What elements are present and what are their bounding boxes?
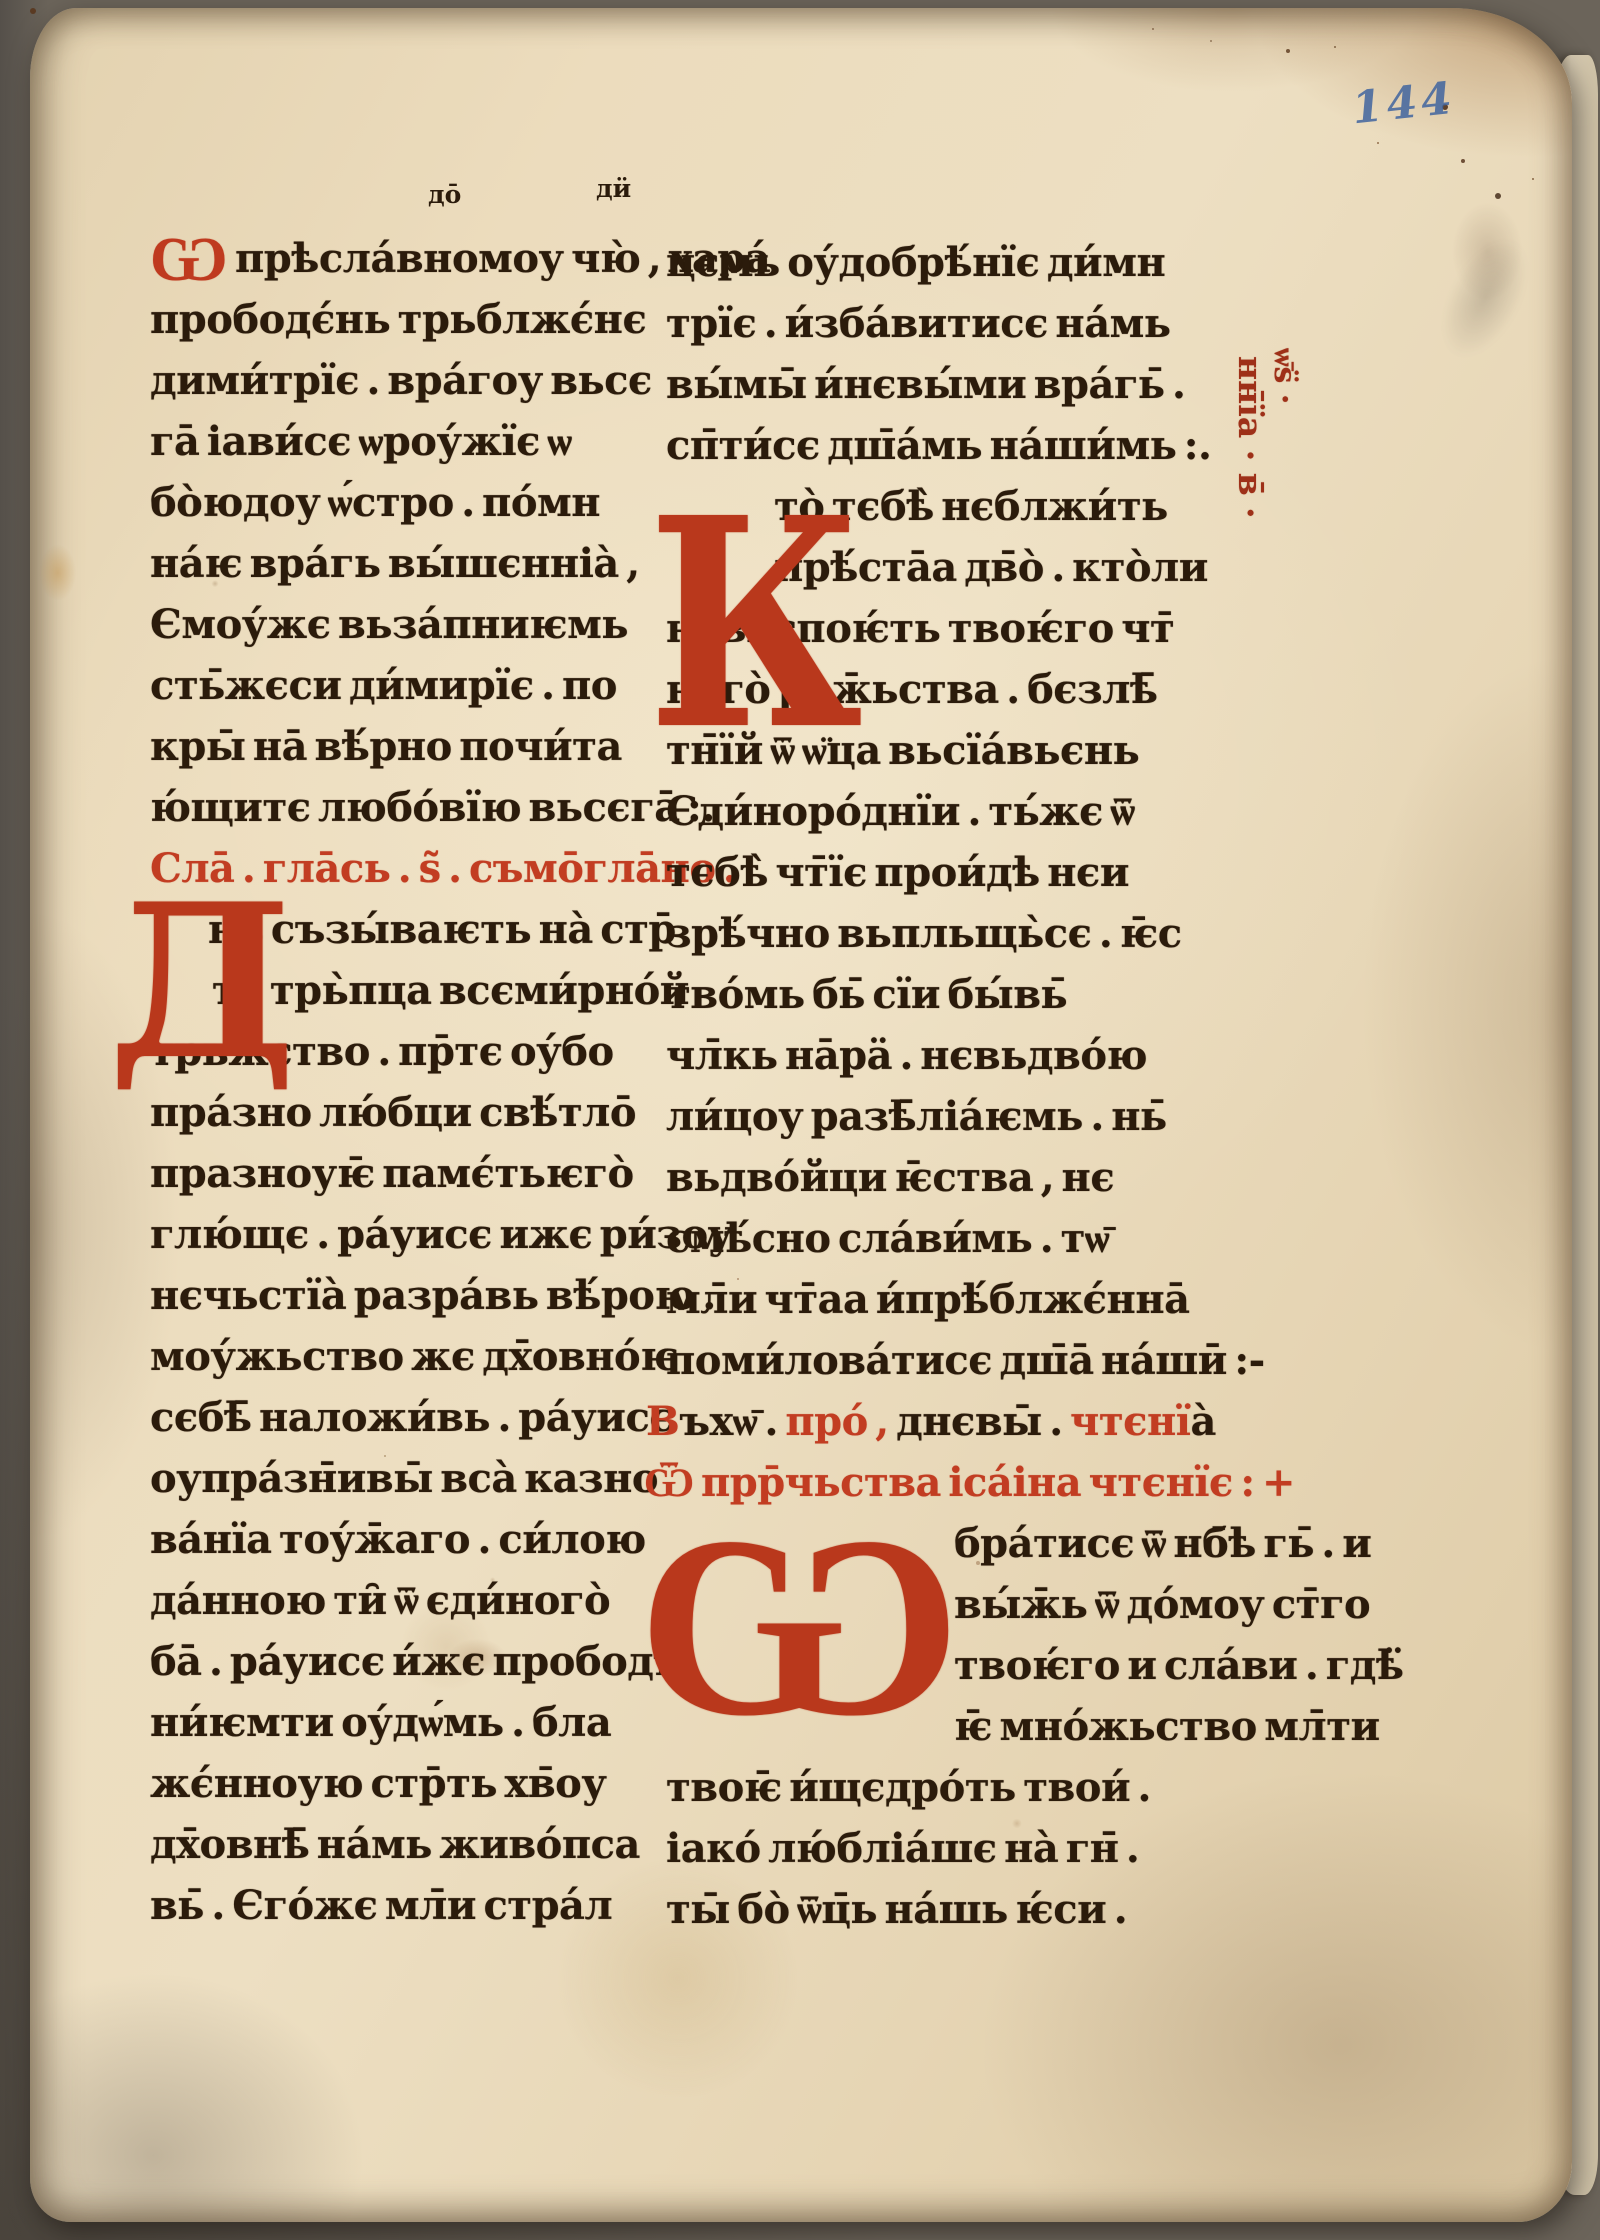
body-text: днєвы̄ .	[896, 1398, 1070, 1445]
text-line: нєчьстїа̀ разра́вь вѣ́рою .	[150, 1265, 660, 1326]
text-line: трїє . и́зба́витисє на́мь	[666, 293, 1206, 354]
text-line: да́нною ти̑ ѿ єди́ного̀	[150, 1570, 660, 1631]
text-line: бра́тисє ѿ нб̄ѣ гь̄ . и	[954, 1513, 1206, 1574]
text-line: вьдво́йци ѥ̄ства , нє	[666, 1147, 1206, 1208]
body-text: жє́нноую стр̄ть хв̄оу	[150, 1760, 606, 1807]
text-line: кры̄ на̄ вѣ́рно почи́та	[150, 716, 660, 777]
text-line: ли́цоу разѣ̄ліа́ѥмь . нь̄	[666, 1086, 1206, 1147]
rubric-initial-inline: Ѡ	[150, 222, 227, 295]
body-text: кры̄ на̄ вѣ́рно почи́та	[150, 723, 622, 770]
body-text: цємь оу́добрѣ́нїє ди́мн	[666, 239, 1165, 286]
body-text: прободє́нь трьблжє́нє	[150, 296, 646, 343]
body-text: бо̀юдоу ѡ́стро . по́мн	[150, 479, 600, 526]
text-line: дх̄овнѣ̄ на́мь живо́пса	[150, 1814, 660, 1875]
body-text: а̀	[1190, 1398, 1215, 1445]
text-line: зрѣ́чно вьпльщь̀сє . ѥ̄с	[666, 903, 1206, 964]
text-line: ни́ѥмти оу́дѡ́мь . бла	[150, 1692, 660, 1753]
ink-spatter-dots	[30, 8, 36, 14]
body-text: ни́ѥмти оу́дѡ́мь . бла	[150, 1699, 611, 1746]
offset-smudge-stain	[1424, 224, 1547, 372]
text-line: сєбѣ̄ наложи́вь . ра́уисє	[150, 1387, 660, 1448]
body-text: поми́лова́тисє дш̄а̄ на́шӣ :-	[666, 1337, 1265, 1384]
text-line: смѣ́сно сла́ви́мь . тѡ̄	[666, 1208, 1206, 1269]
text-line: тво́мь бь̄ сїи бы́вь̄	[666, 964, 1206, 1025]
text-line: ба̄ . ра́уисє и́жє прободѣ	[150, 1631, 660, 1692]
body-text: да́нною ти̑ ѿ єди́ного̀	[150, 1577, 610, 1624]
body-text: зрѣ́чно вьпльщь̀сє . ѥ̄с	[666, 910, 1182, 957]
body-text: ю́щитє любо́вїю вьсєга̄ :.	[150, 784, 715, 831]
body-text: моу́жьство жє дх̄овно́ѥ	[150, 1333, 678, 1380]
text-line: чл̄кь на̄рӓ . нєвьдво́ю	[666, 1025, 1206, 1086]
text-line: ю́щитє любо́вїю вьсєга̄ :.	[150, 777, 660, 838]
text-line: на́ѥ вра́гь вы́шєнніа̀ ,	[150, 533, 660, 594]
text-line: дими́трїє . вра́гоу вьсє	[150, 350, 660, 411]
rubric-text: В	[646, 1398, 679, 1445]
body-text: ба̄ . ра́уисє и́жє прободѣ	[150, 1638, 681, 1685]
body-text: дими́трїє . вра́гоу вьсє	[150, 357, 652, 404]
rubric-text: чтєнї	[1070, 1398, 1190, 1445]
body-text: оупра́зн̄ивы̄ вса̀ казно	[150, 1455, 658, 1502]
superscript-abbreviation: дӥ	[596, 174, 631, 203]
body-text: ты̄ бо̀ ѿц̄ь на́шь ѥ́си .	[666, 1886, 1127, 1933]
rubric-text: про́ ,	[785, 1398, 896, 1445]
drop-cap-initial: К	[648, 480, 863, 768]
text-line: ѥ̄ мно́жьство мл̄ти	[954, 1696, 1206, 1757]
body-text: сєбѣ̄ наложи́вь . ра́уисє	[150, 1394, 673, 1441]
text-line: сть̄жєси ди́мирїє . по	[150, 655, 660, 716]
text-column-left: Ѡпрѣсла́вномоу чю̀ , хара́прободє́нь трь…	[150, 228, 660, 1936]
text-line: іако́ лю́бліа́шє на̀ гн̄ .	[666, 1818, 1206, 1879]
superscript-abbreviation: до̄	[428, 180, 461, 209]
text-line: цємь оу́добрѣ́нїє ди́мн	[666, 232, 1206, 293]
body-text: ли́цоу разѣ̄ліа́ѥмь . нь̄	[666, 1093, 1167, 1140]
body-text: бра́тисє ѿ нб̄ѣ гь̄ . и	[954, 1520, 1371, 1567]
body-text: сть̄жєси ди́мирїє . по	[150, 662, 617, 709]
body-text: чл̄кь на̄рӓ . нєвьдво́ю	[666, 1032, 1147, 1079]
body-text: вь̄ . Єго́жє мл̄и стра́л	[150, 1882, 612, 1929]
text-column-right: цємь оу́добрѣ́нїє ди́мнтрїє . и́зба́вити…	[666, 232, 1206, 1940]
text-line: бо̀юдоу ѡ́стро . по́мн	[150, 472, 660, 533]
body-text: ъхѡ̄ .	[679, 1398, 785, 1445]
body-text: Ємоу́жє вьза́пниѥмь	[150, 601, 628, 648]
drop-cap-initial: Ѡ	[638, 1494, 961, 1752]
marginal-rubric-note-inner: нн̄їа · в̄ ·	[1231, 356, 1270, 519]
text-line: поми́лова́тисє дш̄а̄ на́шӣ :-	[666, 1330, 1206, 1391]
body-text: Єди́норо́днїи . ть́жє ѿ	[666, 788, 1135, 835]
text-line: жє́нноую стр̄ть хв̄оу	[150, 1753, 660, 1814]
body-text: іако́ лю́бліа́шє на̀ гн̄ .	[666, 1825, 1139, 1872]
body-text: на́ѥ вра́гь вы́шєнніа̀ ,	[150, 540, 640, 587]
body-text: твоѥ́го и сла́ви . гдѣ̈	[954, 1642, 1404, 1689]
text-line: Ѡпрѣсла́вномоу чю̀ , хара́	[150, 228, 660, 289]
text-line: Въхѡ̄ . про́ , днєвы̄ . чтєнїа̀	[646, 1391, 1206, 1452]
body-text: мл̄и чт̄аа и́прѣ́блжє́нна̄	[666, 1276, 1190, 1323]
body-text: трїє . и́зба́витисє на́мь	[666, 300, 1171, 347]
manuscript-page: 144 до̄ дӥ ѡ̄ѕ̈ · нн̄їа · в̄ · Ѡпрѣсла́в…	[30, 8, 1572, 2222]
body-text: смѣ́сно сла́ви́мь . тѡ̄	[666, 1215, 1109, 1262]
text-line: празноуѥ̄ памє́тьѥго̀	[150, 1143, 660, 1204]
drop-cap-initial: Д	[108, 876, 297, 1088]
text-line: ва́нїа тоу́ж̄аго . си́лою	[150, 1509, 660, 1570]
body-text: дх̄овнѣ̄ на́мь живо́пса	[150, 1821, 640, 1868]
manuscript-photo: { "page": { "folio_number": "144", "foli…	[0, 0, 1600, 2240]
text-line: Ємоу́жє вьза́пниѥмь	[150, 594, 660, 655]
marginal-rubric-note-outer: ѡ̄ѕ̈ ·	[1267, 348, 1302, 404]
text-line: вы́мы̄ и́нєвы́ми вра́гь̄ .	[666, 354, 1206, 415]
folio-number: 144	[1350, 73, 1459, 135]
text-line: мл̄и чт̄аа и́прѣ́блжє́нна̄	[666, 1269, 1206, 1330]
text-line: вы́ж̄ь ѿ до́моу ст̄го	[954, 1574, 1206, 1635]
text-line: ты̄ бо̀ ѿц̄ь на́шь ѥ́си .	[666, 1879, 1206, 1940]
text-line: твоѥ́го и сла́ви . гдѣ̈	[954, 1635, 1206, 1696]
body-text: тєбѣ̀ чт̄їє прои́дѣ нєи	[666, 849, 1129, 896]
body-text: ва́нїа тоу́ж̄аго . си́лою	[150, 1516, 646, 1563]
text-line: прободє́нь трьблжє́нє	[150, 289, 660, 350]
text-line: вь̄ . Єго́жє мл̄и стра́л	[150, 1875, 660, 1936]
body-text: вы́мы̄ и́нєвы́ми вра́гь̄ .	[666, 361, 1185, 408]
body-text: глю́щє . ра́уисє ижє ри́зоу	[150, 1211, 733, 1258]
body-text: вьдво́йци ѥ̄ства , нє	[666, 1154, 1114, 1201]
body-text: ѥ̄ мно́жьство мл̄ти	[954, 1703, 1380, 1750]
body-text: нєчьстїа̀ разра́вь вѣ́рою .	[150, 1272, 716, 1319]
body-text: га̄ іави́сє ѡроу́жїє ѡ	[150, 418, 572, 465]
text-line: оупра́зн̄ивы̄ вса̀ казно	[150, 1448, 660, 1509]
text-line: га̄ іави́сє ѡроу́жїє ѡ	[150, 411, 660, 472]
text-line: моу́жьство жє дх̄овно́ѥ	[150, 1326, 660, 1387]
body-text: празноуѥ̄ памє́тьѥго̀	[150, 1150, 634, 1197]
body-text: вы́ж̄ь ѿ до́моу ст̄го	[954, 1581, 1370, 1628]
text-line: тєбѣ̀ чт̄їє прои́дѣ нєи	[666, 842, 1206, 903]
text-line: глю́щє . ра́уисє ижє ри́зоу	[150, 1204, 660, 1265]
body-text: тво́мь бь̄ сїи бы́вь̄	[666, 971, 1067, 1018]
